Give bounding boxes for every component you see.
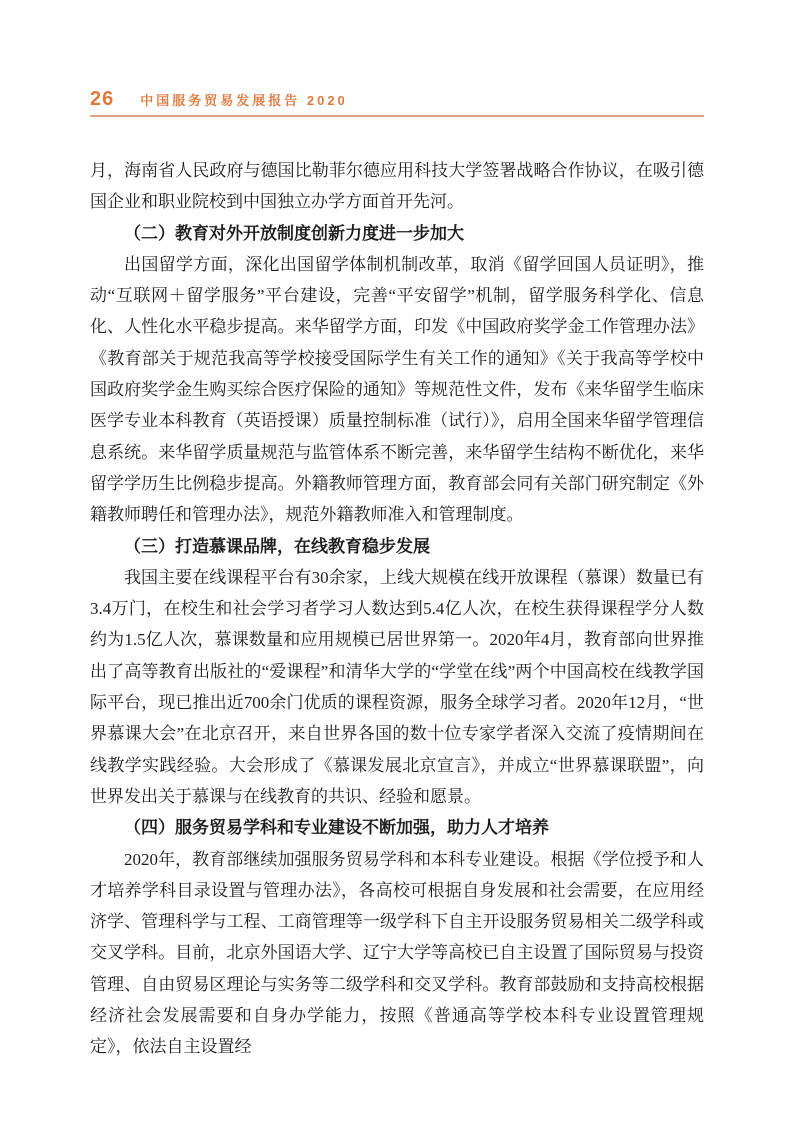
page-number: 26 bbox=[90, 88, 114, 111]
section-heading-3: （三）打造慕课品牌，在线教育稳步发展 bbox=[90, 531, 704, 562]
page-header: 26 中国服务贸易发展报告 2020 bbox=[90, 88, 704, 117]
paragraph: 出国留学方面，深化出国留学体制机制改革，取消《留学回国人员证明》，推动“互联网＋… bbox=[90, 249, 704, 531]
header-rule bbox=[90, 115, 704, 117]
paragraph: 我国主要在线课程平台有30余家，上线大规模在线开放课程（慕课）数量已有3.4万门… bbox=[90, 562, 704, 812]
section-heading-2: （二）教育对外开放制度创新力度进一步加大 bbox=[90, 218, 704, 249]
report-page: 26 中国服务贸易发展报告 2020 月，海南省人民政府与德国比勒菲尔德应用科技… bbox=[0, 0, 793, 1122]
paragraph: 2020年，教育部继续加强服务贸易学科和本科专业建设。根据《学位授予和人才培养学… bbox=[90, 844, 704, 1063]
section-heading-4: （四）服务贸易学科和专业建设不断加强，助力人才培养 bbox=[90, 812, 704, 843]
running-title: 中国服务贸易发展报告 2020 bbox=[140, 90, 348, 109]
page-body: 月，海南省人民政府与德国比勒菲尔德应用科技大学签署战略合作协议，在吸引德国企业和… bbox=[90, 155, 704, 1063]
paragraph-continuation: 月，海南省人民政府与德国比勒菲尔德应用科技大学签署战略合作协议，在吸引德国企业和… bbox=[90, 155, 704, 218]
header-row: 26 中国服务贸易发展报告 2020 bbox=[90, 88, 704, 111]
